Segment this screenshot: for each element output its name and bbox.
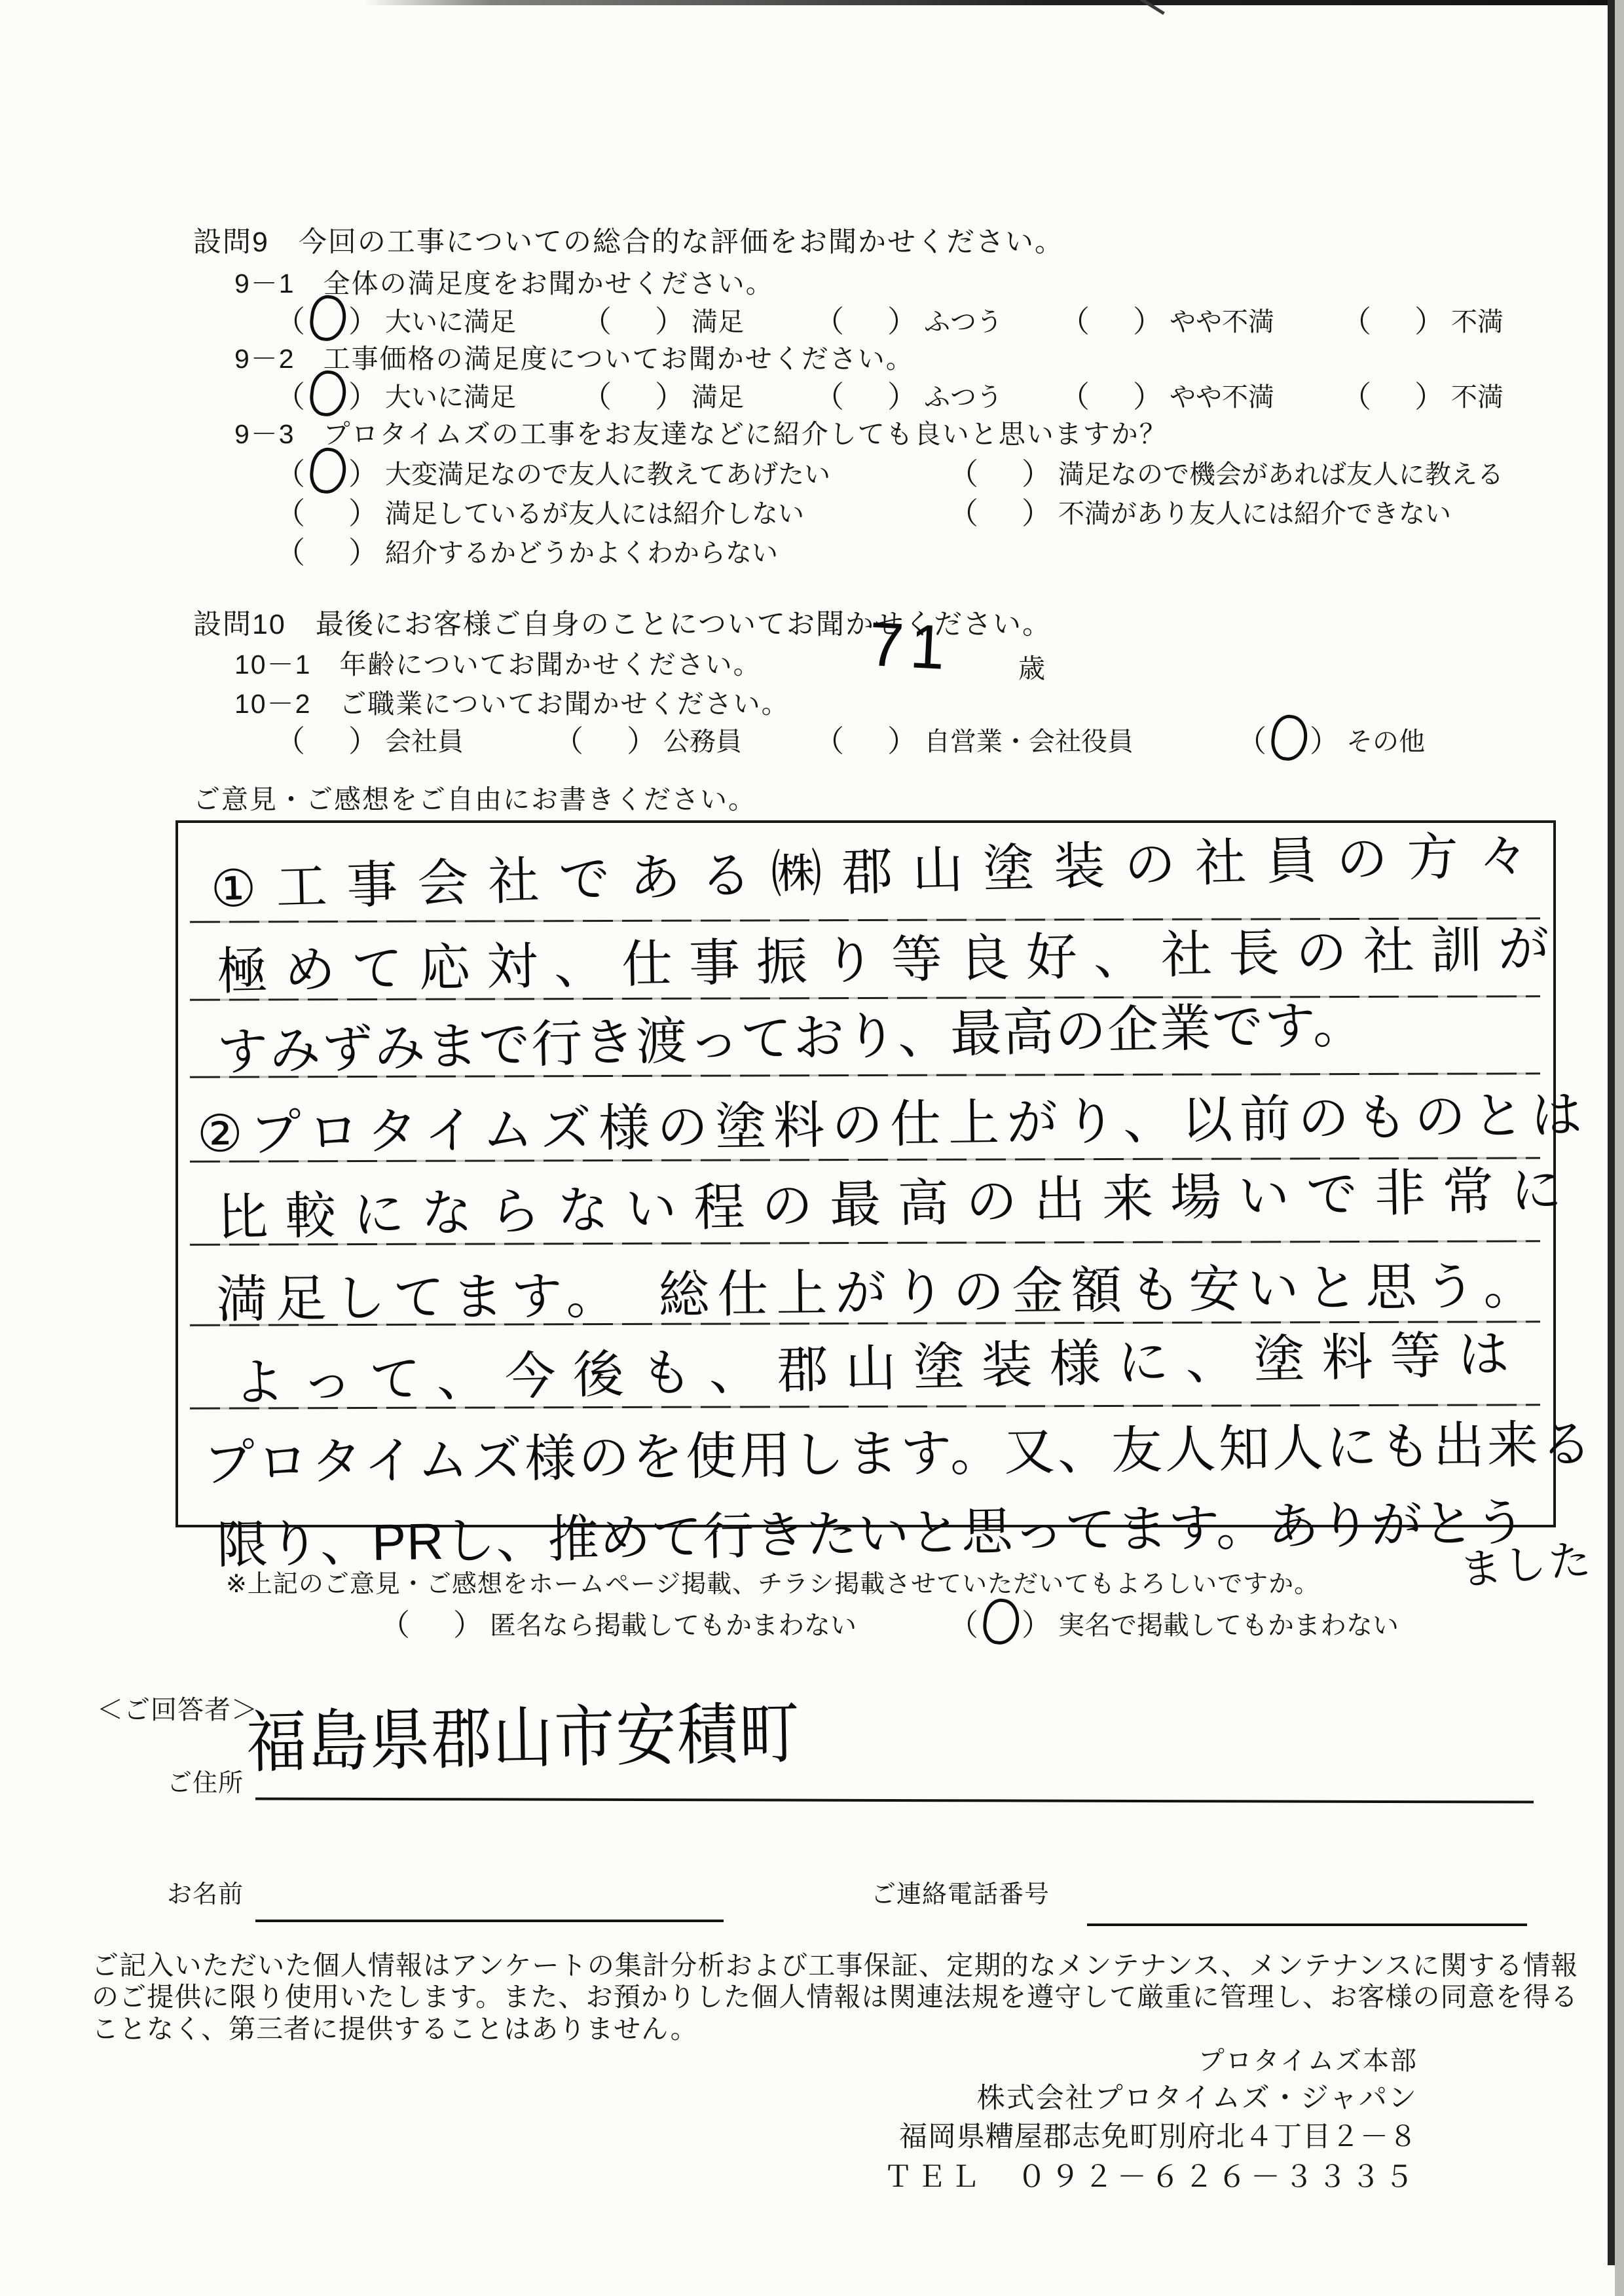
paren-open: （ bbox=[1341, 304, 1371, 338]
comments-prompt: ご意見・ご感想をご自由にお書きください。 bbox=[193, 778, 756, 816]
paren-open: （ bbox=[814, 724, 844, 758]
publish-note: ※上記のご意見・ご感想をホームページ掲載、チラシ掲載させていただいてもよろしいで… bbox=[226, 1563, 1319, 1599]
paren-open: （ bbox=[948, 457, 978, 491]
paren-close: ） bbox=[1133, 304, 1163, 338]
selection-mark bbox=[1090, 378, 1133, 411]
paren-close: ） bbox=[348, 380, 378, 414]
name-label: お名前 bbox=[167, 1874, 244, 1910]
option-9-3-1: （）大変満足なので友人に教えてあげたい bbox=[275, 450, 830, 494]
footer-company: 株式会社プロタイムズ・ジャパン bbox=[883, 2085, 1418, 2113]
circle-mark-icon bbox=[981, 1597, 1022, 1647]
selection-mark bbox=[305, 456, 348, 488]
paren-close: ） bbox=[348, 496, 378, 530]
circle-mark-icon bbox=[308, 446, 348, 496]
selection-mark bbox=[612, 303, 655, 336]
paren-open: （ bbox=[1341, 380, 1371, 414]
question10-1-label: 10－1 年齢についてお聞かせください。 bbox=[234, 643, 762, 682]
selection-mark bbox=[410, 1607, 453, 1639]
question9-1-label: 9－1 全体の満足度をお聞かせください。 bbox=[234, 262, 774, 301]
paren-close: ） bbox=[887, 304, 917, 338]
paren-open: （ bbox=[553, 724, 583, 758]
circle-mark-icon bbox=[308, 369, 348, 418]
paren-close: ） bbox=[1414, 380, 1445, 414]
option-9-1-daini-manzoku: （）大いに満足 bbox=[275, 298, 516, 341]
option-label: 大いに満足 bbox=[385, 383, 516, 412]
handwritten-address: 福島県郡山市安積町 bbox=[246, 1679, 801, 1786]
option-label: 不満 bbox=[1451, 308, 1504, 337]
paren-open: （ bbox=[380, 1608, 410, 1642]
option-10-2-jieigyou: （）自営業・会社役員 bbox=[814, 718, 1134, 761]
scan-edge-right-line bbox=[1608, 0, 1615, 2265]
selection-mark bbox=[844, 303, 887, 336]
footer-org: プロタイムズ本部 bbox=[883, 2048, 1418, 2074]
selection-mark bbox=[305, 303, 348, 336]
paren-close: ） bbox=[1310, 724, 1340, 758]
option-label: やや不満 bbox=[1170, 308, 1274, 337]
scan-edge-right-band bbox=[1615, 0, 1624, 2296]
question9-3-label: 9－3 プロタイムズの工事をお友達などに紹介しても良いと思いますか？ bbox=[234, 412, 1168, 451]
selection-mark bbox=[1266, 723, 1310, 756]
option-label: 満足 bbox=[692, 383, 744, 412]
option-label: 会社員 bbox=[385, 727, 464, 756]
question9-2-label: 9－2 工事価格の満足度についてお聞かせください。 bbox=[234, 337, 914, 376]
paren-open: （ bbox=[275, 724, 305, 758]
paren-close: ） bbox=[348, 536, 378, 570]
selection-mark bbox=[844, 378, 887, 411]
option-label: 不満があり友人には紹介できない bbox=[1058, 500, 1451, 528]
option-10-2-koumuin: （）公務員 bbox=[553, 718, 742, 761]
circle-mark-icon bbox=[308, 293, 348, 343]
privacy-note: ご記入いただいた個人情報はアンケートの集計分析および工事保証、定期的なメンテナン… bbox=[92, 1950, 1578, 2045]
handwritten-comment-overflow: ました bbox=[1457, 1525, 1595, 1597]
option-9-3-4: （）不満があり友人には紹介できない bbox=[948, 490, 1451, 533]
paren-open: （ bbox=[581, 380, 612, 414]
option-9-1-fuman: （）不満 bbox=[1341, 298, 1504, 341]
paren-close: ） bbox=[1022, 457, 1052, 491]
paren-close: ） bbox=[655, 380, 685, 414]
selection-mark bbox=[1371, 303, 1414, 336]
paren-close: ） bbox=[348, 724, 378, 758]
option-label: 満足 bbox=[692, 308, 744, 337]
paren-open: （ bbox=[1060, 304, 1090, 338]
selection-mark bbox=[978, 1607, 1022, 1639]
option-9-3-2: （）満足なので機会があれば友人に教える bbox=[948, 450, 1504, 494]
option-label: ふつう bbox=[924, 308, 1003, 337]
selection-mark bbox=[1371, 378, 1414, 411]
option-10-2-sonota: （）その他 bbox=[1236, 718, 1425, 761]
option-9-1-yaya-fuman: （）やや不満 bbox=[1060, 298, 1274, 341]
paren-close: ） bbox=[627, 724, 657, 758]
paren-close: ） bbox=[1022, 496, 1052, 530]
paren-close: ） bbox=[887, 724, 917, 758]
option-9-1-futsuu: （）ふつう bbox=[814, 298, 1003, 341]
paren-open: （ bbox=[275, 304, 305, 338]
option-10-2-kaishain: （）会社員 bbox=[275, 718, 464, 761]
option-label: 大変満足なので友人に教えてあげたい bbox=[385, 460, 830, 489]
paren-close: ） bbox=[453, 1608, 483, 1642]
paren-open: （ bbox=[1060, 380, 1090, 414]
selection-mark bbox=[305, 378, 348, 411]
option-9-2-yaya-fuman: （）やや不満 bbox=[1060, 373, 1274, 416]
option-9-2-daini-manzoku: （）大いに満足 bbox=[275, 373, 516, 416]
scanned-survey-page: 設問9 今回の工事についての総合的な評価をお聞かせください。 9－1 全体の満足… bbox=[0, 0, 1624, 2296]
option-label: 満足なので機会があれば友人に教える bbox=[1058, 460, 1504, 489]
circle-mark-icon bbox=[1269, 713, 1310, 763]
handwritten-age: 71 bbox=[867, 609, 953, 684]
option-publish-anonymous: （）匿名なら掲載してもかまわない bbox=[380, 1601, 857, 1645]
option-label: 不満 bbox=[1451, 383, 1504, 412]
selection-mark bbox=[844, 723, 887, 756]
option-label: 匿名なら掲載してもかまわない bbox=[490, 1611, 857, 1640]
option-label: 公務員 bbox=[663, 727, 742, 756]
option-label: 大いに満足 bbox=[385, 308, 516, 337]
selection-mark bbox=[305, 723, 348, 756]
age-unit-label: 歳 bbox=[1018, 647, 1046, 685]
option-9-2-fuman: （）不満 bbox=[1341, 373, 1504, 416]
option-9-3-5: （）紹介するかどうかよくわからない bbox=[275, 529, 778, 572]
selection-mark bbox=[583, 723, 627, 756]
paren-open: （ bbox=[275, 496, 305, 530]
footer-block: プロタイムズ本部 株式会社プロタイムズ・ジャパン 福岡県糟屋郡志免町別府北４丁目… bbox=[883, 2048, 1418, 2202]
paren-close: ） bbox=[348, 304, 378, 338]
paren-close: ） bbox=[1133, 380, 1163, 414]
paren-open: （ bbox=[275, 380, 305, 414]
phone-label: ご連絡電話番号 bbox=[871, 1874, 1050, 1910]
paren-open: （ bbox=[814, 380, 844, 414]
paren-close: ） bbox=[1022, 1608, 1052, 1642]
footer-address: 福岡県糟屋郡志免町別府北４丁目２－８ bbox=[883, 2123, 1418, 2151]
respondent-heading: ＜ご回答者＞ bbox=[97, 1689, 258, 1726]
address-underline bbox=[255, 1797, 1534, 1803]
option-label: その他 bbox=[1346, 727, 1425, 756]
option-label: ふつう bbox=[924, 383, 1003, 412]
selection-mark bbox=[978, 495, 1022, 528]
option-9-2-futsuu: （）ふつう bbox=[814, 373, 1003, 416]
option-label: 実名で掲載してもかまわない bbox=[1058, 1611, 1399, 1640]
name-underline bbox=[255, 1920, 724, 1922]
option-label: 自営業・会社役員 bbox=[924, 727, 1134, 756]
paren-close: ） bbox=[655, 304, 685, 338]
selection-mark bbox=[305, 534, 348, 567]
paren-open: （ bbox=[948, 1608, 978, 1642]
phone-underline bbox=[1087, 1923, 1527, 1926]
footer-tel: ＴＥＬ ０９２－６２６－３３３５ bbox=[883, 2162, 1418, 2191]
scan-edge-top bbox=[363, 0, 1624, 5]
selection-mark bbox=[1090, 303, 1133, 336]
paren-open: （ bbox=[948, 496, 978, 530]
option-9-3-3: （）満足しているが友人には紹介しない bbox=[275, 490, 804, 533]
question9-title: 設問9 今回の工事についての総合的な評価をお聞かせください。 bbox=[193, 220, 1064, 260]
paren-open: （ bbox=[1236, 724, 1266, 758]
paren-close: ） bbox=[348, 457, 378, 491]
paren-close: ） bbox=[1414, 304, 1445, 338]
selection-mark bbox=[978, 456, 1022, 488]
paren-open: （ bbox=[581, 304, 612, 338]
option-label: 紹介するかどうかよくわからない bbox=[385, 539, 778, 568]
selection-mark bbox=[612, 378, 655, 411]
paren-open: （ bbox=[814, 304, 844, 338]
option-publish-realname: （）実名で掲載してもかまわない bbox=[948, 1601, 1399, 1645]
paren-open: （ bbox=[275, 536, 305, 570]
option-9-1-manzoku: （）満足 bbox=[581, 298, 744, 341]
paren-close: ） bbox=[887, 380, 917, 414]
question10-2-label: 10－2 ご職業についてお聞かせください。 bbox=[234, 682, 790, 721]
option-label: やや不満 bbox=[1170, 383, 1274, 412]
option-label: 満足しているが友人には紹介しない bbox=[385, 500, 804, 528]
selection-mark bbox=[305, 495, 348, 528]
option-9-2-manzoku: （）満足 bbox=[581, 373, 744, 416]
address-label: ご住所 bbox=[167, 1762, 244, 1798]
paren-open: （ bbox=[275, 457, 305, 491]
